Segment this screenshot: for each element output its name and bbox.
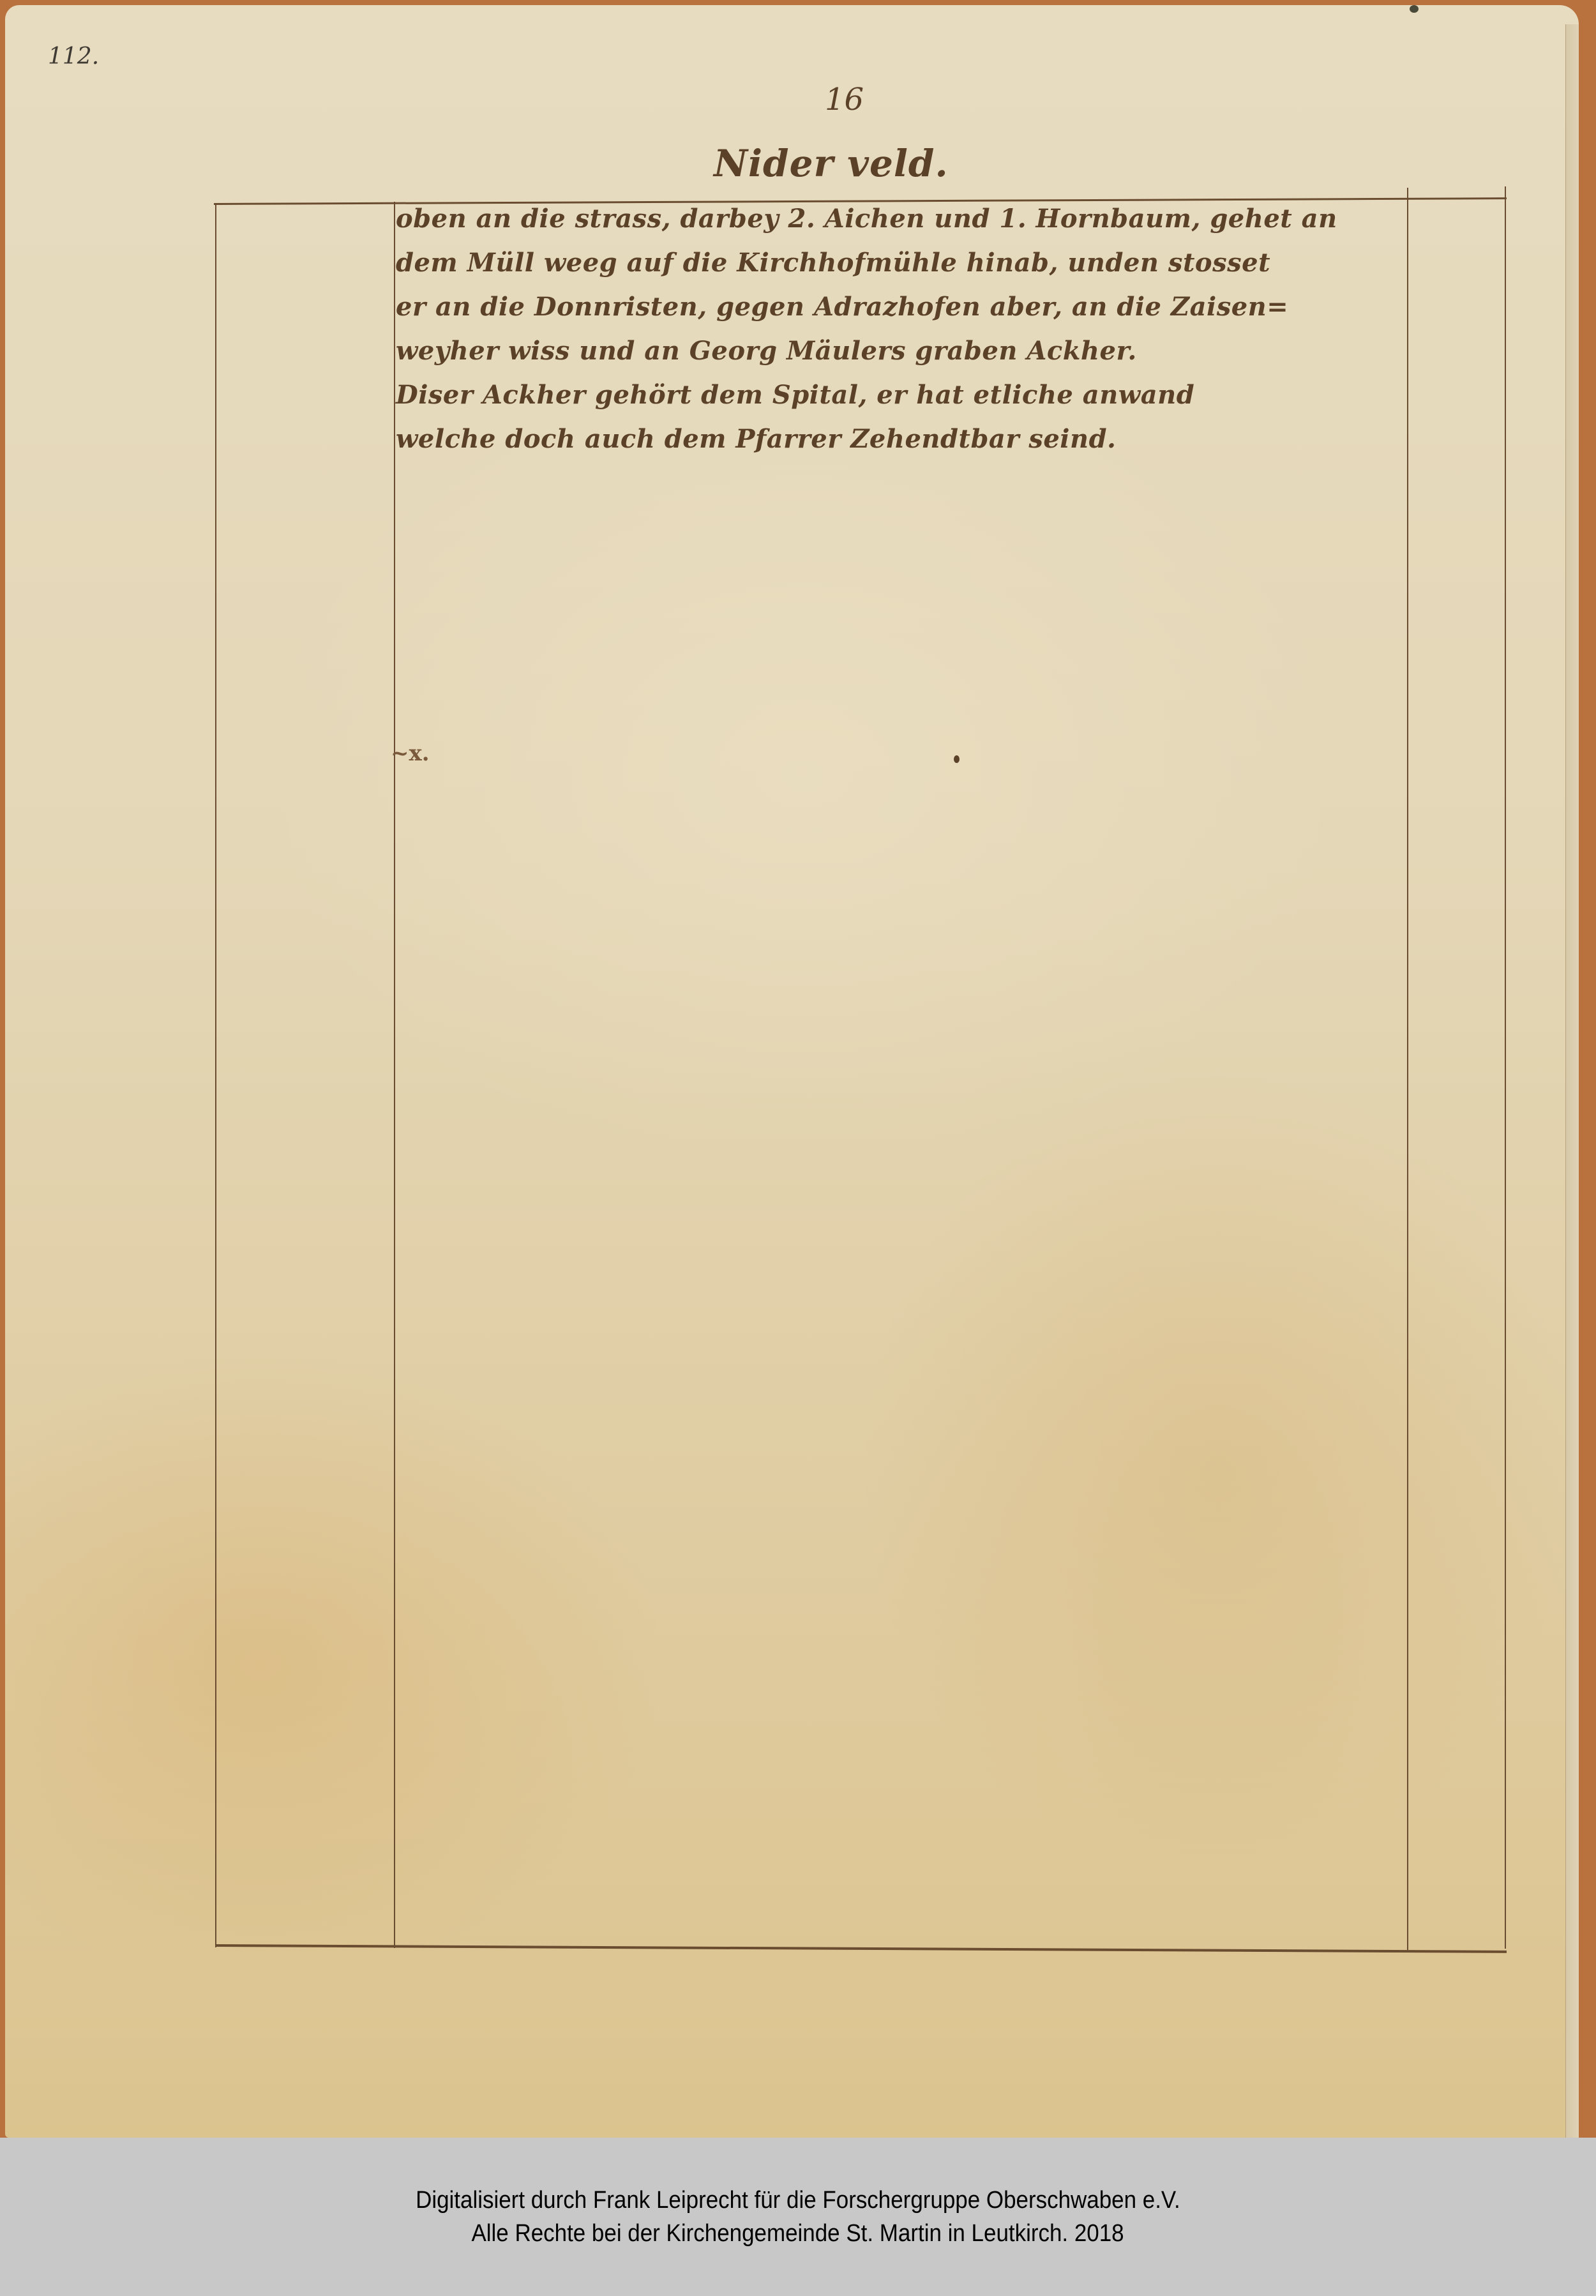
credit-line: Digitalisiert durch Frank Leiprecht für … (416, 2184, 1180, 2217)
rights-line: Alle Rechte bei der Kirchengemeinde St. … (472, 2217, 1124, 2250)
text-line: oben an die strass, darbey 2. Aichen und… (396, 197, 1417, 241)
manuscript-text: oben an die strass, darbey 2. Aichen und… (396, 197, 1417, 461)
folio-number: 112. (48, 43, 99, 70)
text-line: er an die Donnristen, gegen Adrazhofen a… (396, 285, 1417, 329)
digitization-credit-footer: Digitalisiert durch Frank Leiprecht für … (0, 2138, 1596, 2296)
margin-rule-left (394, 202, 395, 1948)
page-number: 16 (825, 82, 864, 117)
frame-left-rule (215, 204, 216, 1947)
ink-spot (954, 755, 960, 763)
scanned-page-image: 112. 16 Nider veld. oben an die strass, … (0, 0, 1596, 2138)
text-line: Diser Ackher gehört dem Spital, er hat e… (396, 373, 1417, 417)
adjacent-page-edge (1565, 24, 1579, 2144)
text-line: welche doch auch dem Pfarrer Zehendtbar … (396, 417, 1417, 461)
margin-ink-mark: ~x. (391, 741, 430, 766)
page-heading: Nider veld. (714, 142, 949, 185)
frame-right-rule (1505, 186, 1506, 1949)
text-line: weyher wiss und an Georg Mäulers graben … (396, 329, 1417, 373)
ink-spot (1410, 5, 1419, 13)
text-line: dem Müll weeg auf die Kirchhofmühle hina… (396, 241, 1417, 285)
